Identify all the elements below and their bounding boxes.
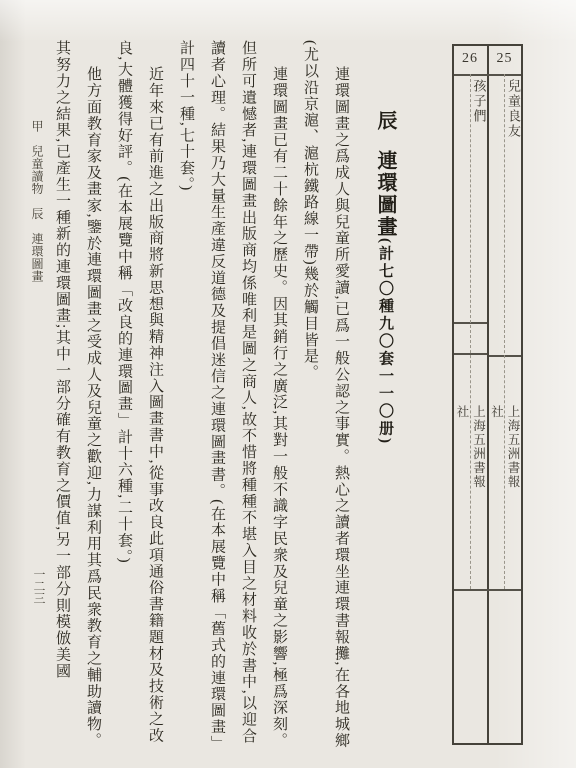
entry-publisher: 上海五洲書報社 xyxy=(489,405,521,495)
section-count-note: (計七〇種九〇套一一〇册) xyxy=(377,238,393,446)
section-heading: 辰連環圖畫(計七〇種九〇套一一〇册) xyxy=(364,40,406,756)
entry-title: 兒童良友 xyxy=(489,79,521,239)
entry-number: 26 xyxy=(454,51,486,67)
entry-publisher-text: 上海五洲書報社 xyxy=(454,405,487,495)
entry-publisher-text: 上海五洲書報社 xyxy=(488,405,521,495)
page-number: 一二三 xyxy=(31,568,48,604)
entry-publisher: 上海五洲書報社 xyxy=(455,405,487,495)
paragraph: 連環圖畫已有二十餘年之歷史。因其銷行之廣泛,其對一般不識字民衆及兒童之影響,極爲… xyxy=(170,40,294,756)
catalog-table: 26 25 孩子們 兒童良友 上海五洲書報社 上海五洲書報社 xyxy=(452,44,523,745)
entry-number: 25 xyxy=(489,51,521,67)
scanned-book-page: 26 25 孩子們 兒童良友 上海五洲書報社 上海五洲書報社 辰連環圖畫(計七〇… xyxy=(0,0,576,768)
entry-title: 孩子們 xyxy=(455,79,487,239)
paragraph: 他方面教育家及畫家,鑒於連環圖畫之受成人及兒童之歡迎,力謀利用其爲民衆教育之輔助… xyxy=(46,40,108,756)
table-row-rule xyxy=(489,355,522,357)
paragraph: 連環圖畫之爲成人與兒童所愛讀,已爲一般公認之事實。熱心之讀者環坐連環書報攤,在各… xyxy=(294,40,356,756)
paragraph: 近年來已有前進之出版商將新思想與精神注入圖畫書中,從事改良此項通俗書籍題材及技術… xyxy=(108,40,170,756)
body-text: 辰連環圖畫(計七〇種九〇套一一〇册) 連環圖畫之爲成人與兒童所愛讀,已爲一般公認… xyxy=(50,40,412,756)
table-header-rule xyxy=(454,74,521,76)
table-row-rule xyxy=(454,589,521,591)
running-title: 甲 兒童讀物 辰 連環圖畫 xyxy=(29,120,46,283)
section-marker: 辰 xyxy=(374,110,396,132)
section-title: 連環圖畫 xyxy=(374,150,396,238)
